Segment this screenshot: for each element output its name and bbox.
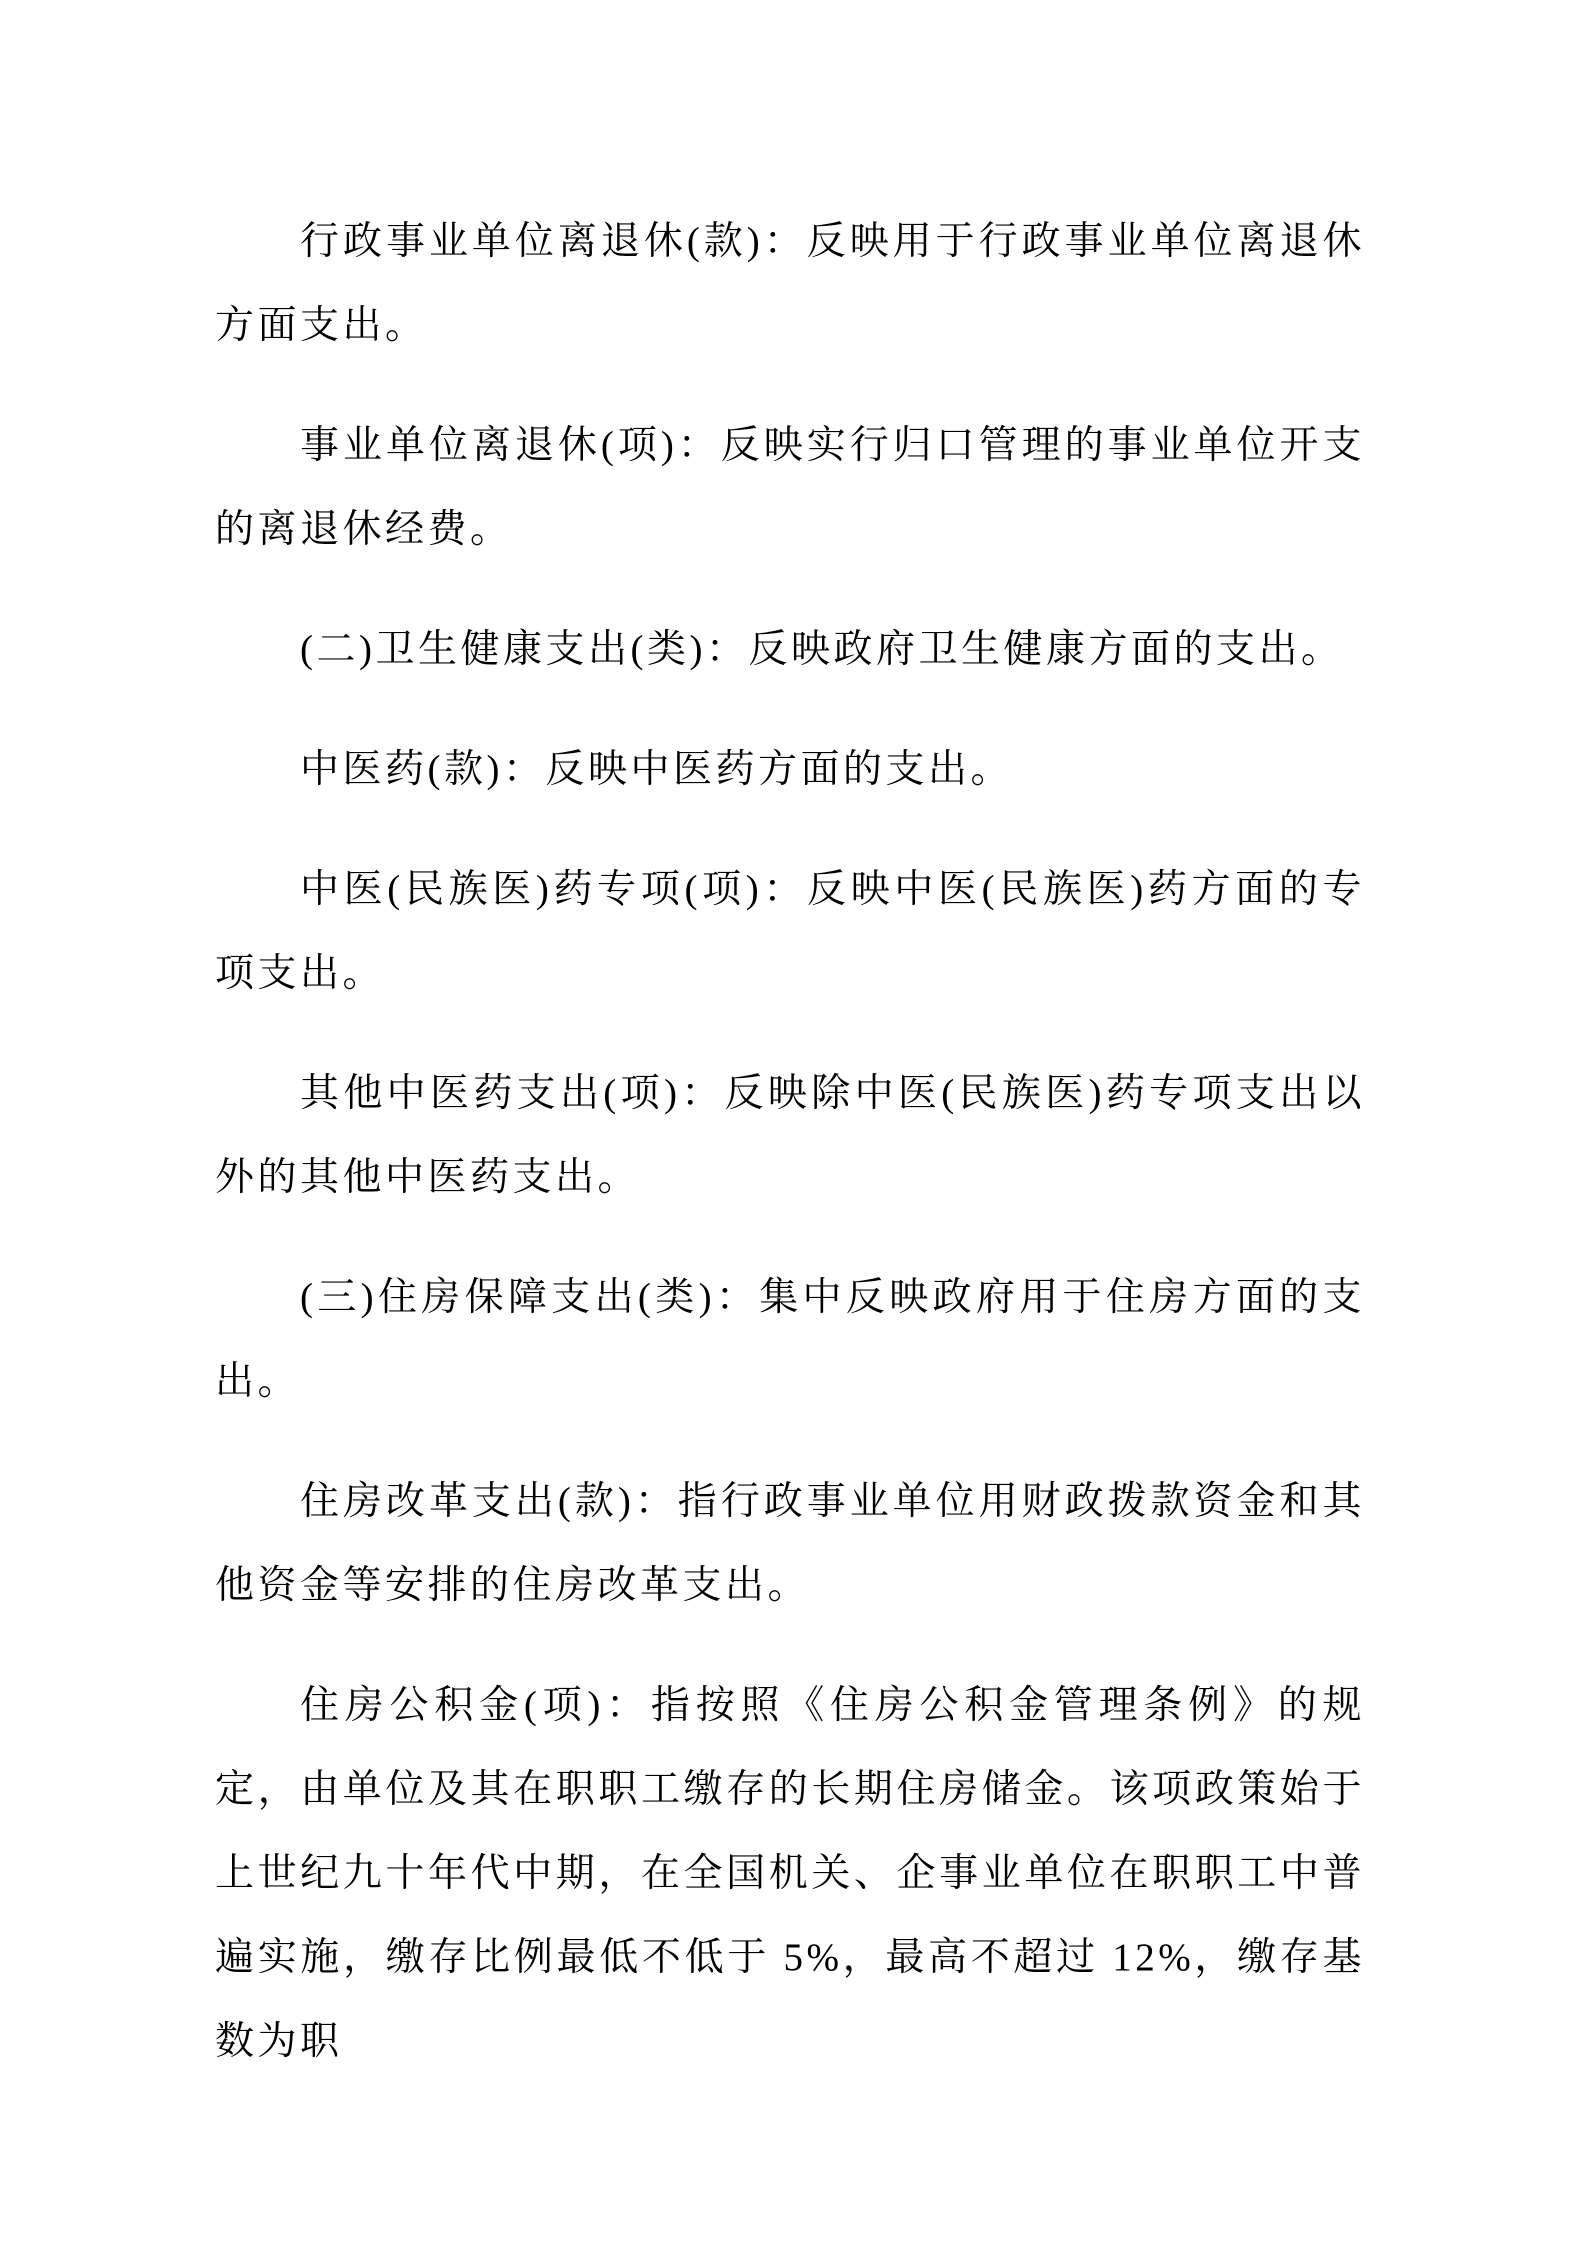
- paragraph-admin-retirement: 行政事业单位离退休(款)：反映用于行政事业单位离退休方面支出。: [215, 200, 1365, 368]
- paragraph-tcm: 中医药(款)：反映中医药方面的支出。: [215, 728, 1365, 812]
- paragraph-housing-security-class: (三)住房保障支出(类)：集中反映政府用于住房方面的支出。: [215, 1256, 1365, 1424]
- paragraph-tcm-special: 中医(民族医)药专项(项)：反映中医(民族医)药方面的专项支出。: [215, 848, 1365, 1016]
- paragraph-housing-reform: 住房改革支出(款)：指行政事业单位用财政拨款资金和其他资金等安排的住房改革支出。: [215, 1460, 1365, 1628]
- paragraph-housing-fund: 住房公积金(项)：指按照《住房公积金管理条例》的规定，由单位及其在职职工缴存的长…: [215, 1664, 1365, 2084]
- paragraph-institution-retirement: 事业单位离退休(项)：反映实行归口管理的事业单位开支的离退休经费。: [215, 404, 1365, 572]
- paragraph-tcm-other: 其他中医药支出(项)：反映除中医(民族医)药专项支出以外的其他中医药支出。: [215, 1052, 1365, 1220]
- document-page: 行政事业单位离退休(款)：反映用于行政事业单位离退休方面支出。 事业单位离退休(…: [0, 0, 1587, 2245]
- paragraph-health-expenditure-class: (二)卫生健康支出(类)：反映政府卫生健康方面的支出。: [215, 608, 1365, 692]
